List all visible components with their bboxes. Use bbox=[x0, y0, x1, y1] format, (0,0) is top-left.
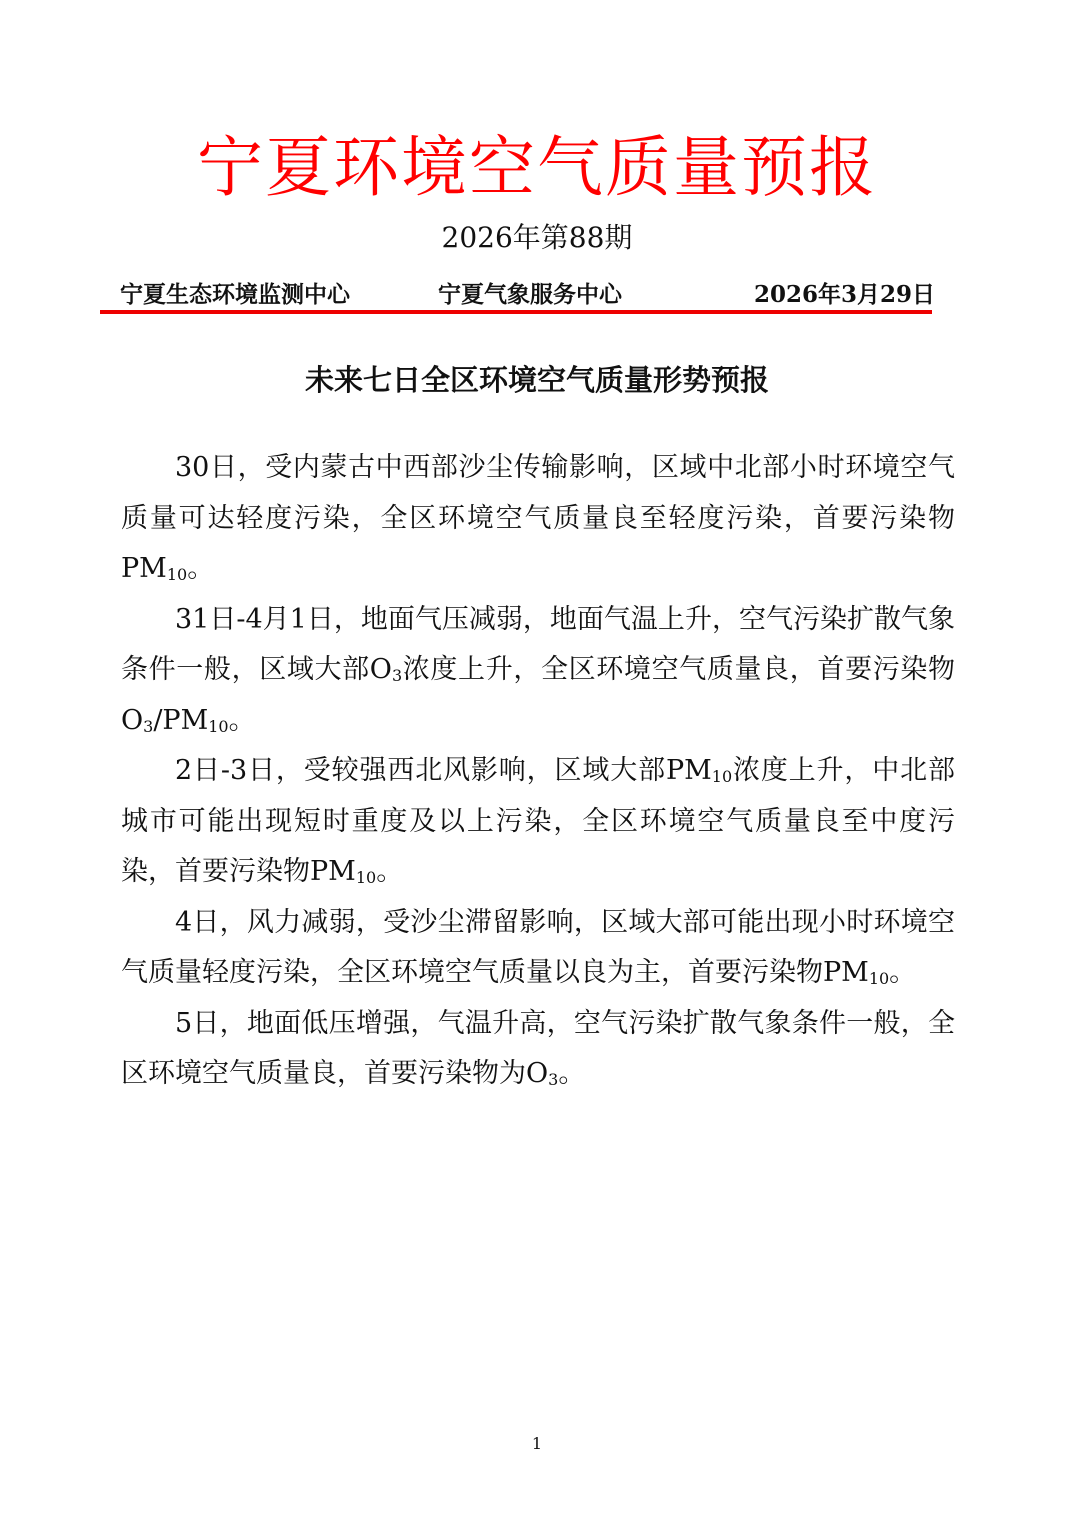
page-number: 1 bbox=[0, 1434, 1074, 1453]
forecast-body: 30日，受内蒙古中西部沙尘传输影响，区域中北部小时环境空气质量可达轻度污染，全区… bbox=[121, 443, 955, 1100]
issuer-line: 宁夏生态环境监测中心 宁夏气象服务中心 2026年3月29日 bbox=[120, 278, 935, 312]
issuer-meteorological-center: 宁夏气象服务中心 bbox=[438, 278, 622, 312]
issue-number: 2026年第88期 bbox=[0, 218, 1074, 258]
paragraph-day-31-1: 31日-4月1日，地面气压减弱，地面气温上升，空气污染扩散气象条件一般，区域大部… bbox=[121, 595, 955, 747]
paragraph-day-2-3: 2日-3日，受较强西北风影响，区域大部PM10浓度上升，中北部城市可能出现短时重… bbox=[121, 746, 955, 898]
issuer-environment-center: 宁夏生态环境监测中心 bbox=[120, 278, 350, 312]
section-title: 未来七日全区环境空气质量形势预报 bbox=[0, 358, 1074, 402]
paragraph-day-4: 4日，风力减弱，受沙尘滞留影响，区域大部可能出现小时环境空气质量轻度污染，全区环… bbox=[121, 898, 955, 999]
masthead-title: 宁夏环境空气质量预报 bbox=[0, 128, 1074, 208]
paragraph-day-5: 5日，地面低压增强，气温升高，空气污染扩散气象条件一般，全区环境空气质量良，首要… bbox=[121, 999, 955, 1100]
document-page: 宁夏环境空气质量预报 2026年第88期 宁夏生态环境监测中心 宁夏气象服务中心… bbox=[0, 0, 1074, 1520]
paragraph-day-30: 30日，受内蒙古中西部沙尘传输影响，区域中北部小时环境空气质量可达轻度污染，全区… bbox=[121, 443, 955, 595]
red-divider bbox=[100, 310, 932, 314]
issue-date: 2026年3月29日 bbox=[754, 278, 935, 312]
